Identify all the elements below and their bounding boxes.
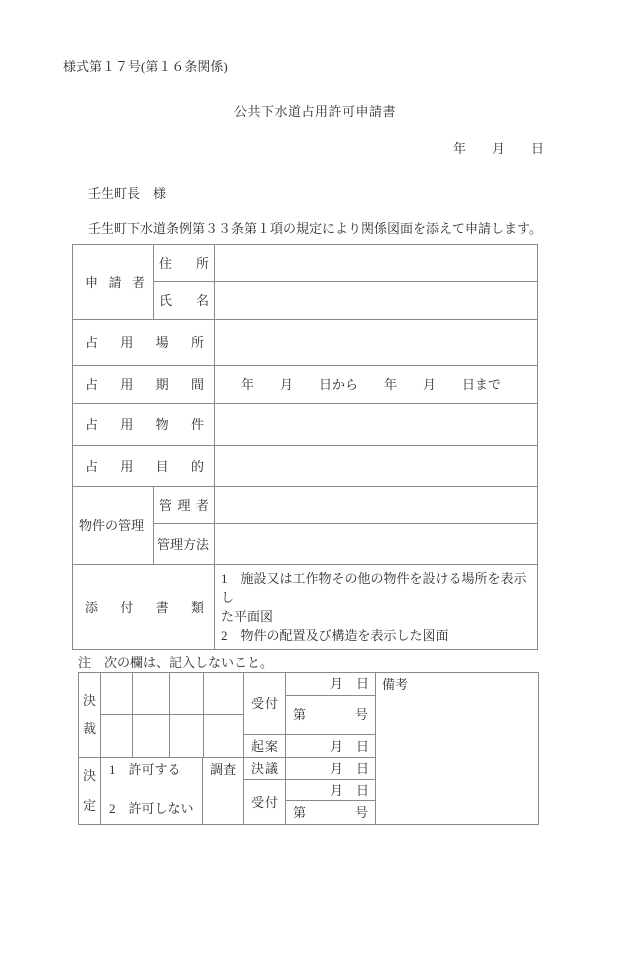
decision-option-permit: 1 許可する (109, 763, 200, 776)
method-value-cell (215, 524, 538, 565)
manager-value-cell (215, 487, 538, 524)
attachments-value-cell: 1 施設又は工作物その他の物件を設ける場所を表示し た平面図 2 物件の配置及び… (215, 565, 538, 650)
period-label: 占用期間 (73, 366, 215, 404)
object-value-cell (215, 404, 538, 446)
remarks-label: 備考 (382, 677, 408, 692)
note: 注 次の欄は、記入しないこと。 (78, 656, 630, 669)
stamp-cell (133, 715, 170, 757)
number-suffix: 号 (355, 708, 368, 721)
applicant-label: 申請者 (73, 245, 154, 320)
method-label: 管理方法 (154, 524, 215, 565)
form-page: { "colors": { "text": "#2e2e2e", "line":… (0, 60, 630, 963)
stamp-cell (204, 715, 244, 757)
stamp-cell (133, 673, 170, 714)
object-label: 占用物件 (73, 404, 215, 446)
stamp-grid (101, 673, 244, 757)
address-value-cell (215, 245, 538, 282)
location-value-cell (215, 320, 538, 366)
decision-options-cell: 1 許可する 2 許可しない (101, 758, 203, 824)
approval-table: 決裁 決定 1 許可する 2 許可しない (78, 672, 539, 825)
date-line: 年 月 日 (0, 142, 544, 155)
stamp-cell (170, 673, 204, 714)
reception-top-label: 受付 (244, 673, 286, 734)
number-prefix: 第 (293, 708, 306, 721)
number-prefix: 第 (293, 806, 306, 819)
number-suffix: 号 (355, 806, 368, 819)
draft-block: 起案 月 日 (244, 735, 375, 758)
draft-label: 起案 (244, 735, 286, 757)
resolution-block: 決議 月 日 (244, 758, 375, 780)
purpose-label: 占用目的 (73, 446, 215, 487)
name-value-cell (215, 282, 538, 320)
investigation-label: 調査 (203, 758, 243, 824)
resolution-date-cell: 月 日 (286, 758, 375, 779)
decision-option-deny: 2 許可しない (109, 802, 200, 815)
reception-bottom-number-cell: 第 号 (286, 801, 375, 824)
decision-label: 決定 (79, 758, 101, 824)
address-label: 住所 (154, 245, 215, 282)
management-label: 物件の管理 (73, 487, 154, 565)
period-value-cell: 年 月 日から 年 月 日まで (215, 366, 538, 404)
name-label: 氏名 (154, 282, 215, 320)
reception-bottom-block: 受付 月 日 第 号 (244, 780, 375, 824)
decision-section: 決定 1 許可する 2 許可しない 調査 (79, 758, 243, 824)
application-table: 申請者 住所 氏名 占用場所 占用期間 年 月 日から 年 月 日まで 占用物件… (72, 244, 538, 650)
remarks-cell: 備考 (376, 673, 538, 824)
addressee: 壬生町長 様 (88, 187, 630, 200)
reception-top-block: 受付 月 日 第 号 (244, 673, 375, 735)
approval-label: 決裁 (79, 673, 101, 757)
approval-left-section: 決裁 決定 1 許可する 2 許可しない (79, 673, 244, 824)
stamp-cell (204, 673, 244, 714)
stamp-cell (101, 715, 133, 757)
stamp-cell (170, 715, 204, 757)
approval-stamp-section: 決裁 (79, 673, 243, 758)
attachments-label: 添付書類 (73, 565, 215, 650)
processing-section: 受付 月 日 第 号 起案 月 日 決議 月 日 受付 月 日 第 号 (244, 673, 376, 824)
draft-date-cell: 月 日 (286, 735, 375, 757)
location-label: 占用場所 (73, 320, 215, 366)
stamp-cell (101, 673, 133, 714)
form-number: 様式第１７号(第１６条関係) (63, 60, 630, 73)
purpose-value-cell (215, 446, 538, 487)
manager-label: 管理者 (154, 487, 215, 524)
reception-bottom-label: 受付 (244, 780, 286, 824)
form-title: 公共下水道占用許可申請書 (0, 105, 630, 118)
reception-top-date-cell: 月 日 (286, 673, 375, 696)
resolution-label: 決議 (244, 758, 286, 779)
preamble: 壬生町下水道条例第３３条第１項の規定により関係図面を添えて申請します。 (88, 222, 630, 235)
reception-top-number-cell: 第 号 (286, 696, 375, 734)
reception-bottom-date-cell: 月 日 (286, 780, 375, 801)
